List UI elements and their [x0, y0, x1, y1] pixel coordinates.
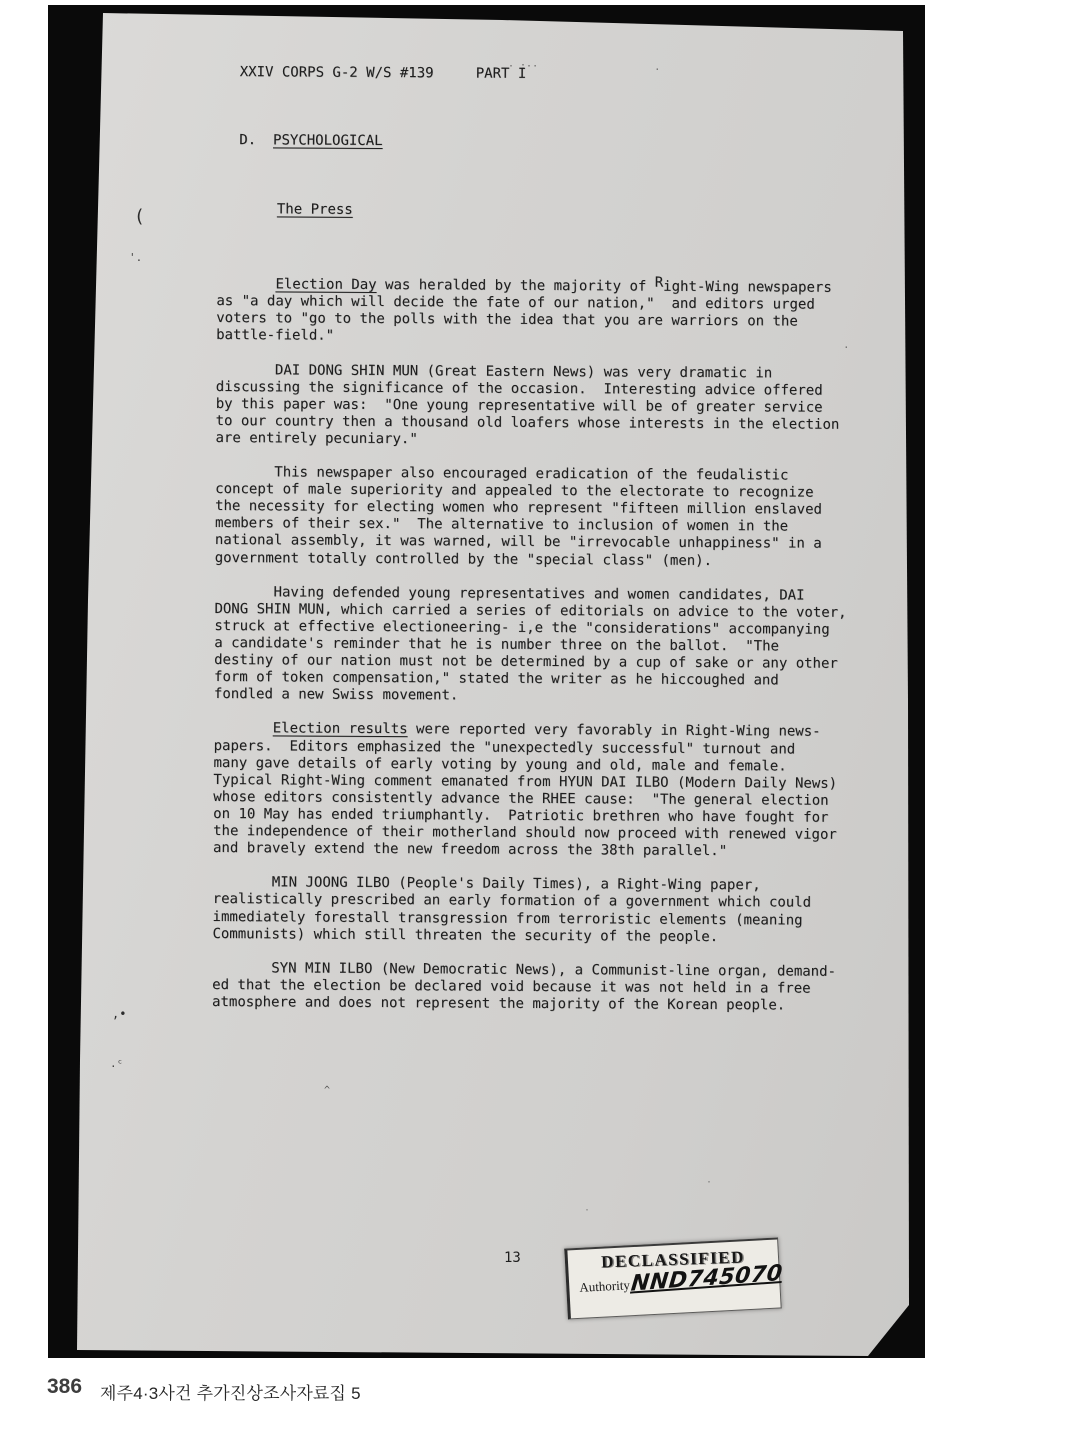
book-footer: 386 제주4·3사건 추가진상조사자료집 5: [0, 1372, 1080, 1412]
typed-text: were reported very favorably in Right-Wi…: [408, 722, 821, 741]
typed-text: battle-field.": [216, 327, 334, 344]
typed-text: form of token compensation," stated the …: [214, 669, 779, 688]
section-heading: D. PSYCHOLOGICAL: [239, 133, 877, 154]
document-page-number: 13: [504, 1250, 521, 1266]
typed-text: fondled a new Swiss movement.: [214, 686, 459, 703]
typed-text: are entirely pecuniary.": [215, 430, 417, 447]
typed-text: papers. Editors emphasized the "unexpect…: [214, 738, 796, 758]
scan-artifact: ·: [706, 1178, 712, 1188]
paragraph: This newspaper also encouraged eradicati…: [215, 464, 876, 571]
paragraph: SYN MIN ILBO (New Democratic News), a Co…: [212, 960, 872, 1015]
typed-text: Communists) which still threaten the sec…: [212, 926, 718, 945]
typed-text: Election Day: [275, 276, 376, 293]
scan-artifact: ·: [654, 64, 661, 75]
document-header: XXIV CORPS G-2 W/S #139 PART I: [240, 64, 878, 85]
section-label: D.: [239, 133, 273, 149]
paragraph: Election results were reported very favo…: [213, 720, 874, 861]
scan-artifact: · :··: [508, 62, 538, 72]
scan-artifact: ^: [324, 1086, 330, 1096]
paragraph: MIN JOONG ILBO (People's Daily Times), a…: [212, 874, 872, 946]
scan-artifact: ·: [584, 1206, 590, 1216]
book-caption: 제주4·3사건 추가진상조사자료집 5: [100, 1379, 361, 1404]
typed-text: DAI DONG SHIN MUN (Great Eastern News) w…: [216, 361, 772, 380]
typed-text: a candidate's reminder that he is number…: [214, 635, 779, 654]
header-text: XXIV CORPS G-2 W/S #139 PART I: [240, 64, 527, 82]
scan-artifact: ,•: [112, 1008, 126, 1020]
typed-text: [214, 720, 273, 736]
typed-line: atmosphere and does not represent the ma…: [212, 994, 872, 1015]
subsection-heading: The Press: [277, 201, 877, 222]
paragraph: Having defended young representatives an…: [214, 584, 875, 708]
typed-text: voters to "go to the polls with the idea…: [216, 310, 798, 330]
typed-text: was heralded by the majority of: [377, 277, 655, 295]
typed-text: atmosphere and does not represent the ma…: [212, 994, 785, 1014]
typed-text: Election results: [273, 721, 408, 738]
typed-line: battle-field.": [216, 327, 876, 348]
scan-artifact: '.: [129, 252, 142, 263]
typed-text: many gave details of early voting by you…: [213, 755, 786, 775]
typed-text: [216, 276, 275, 292]
typed-line: fondled a new Swiss movement.: [214, 686, 874, 707]
declassified-stamp: DECLASSIFIED AuthorityNND745070: [564, 1237, 781, 1319]
stamp-authority-label: Authority: [579, 1277, 630, 1295]
paragraph: DAI DONG SHIN MUN (Great Eastern News) w…: [215, 361, 876, 450]
document-paper: XXIV CORPS G-2 W/S #139 PART I D. PSYCHO…: [72, 10, 912, 1360]
typed-text: and bravely extend the new freedom acros…: [213, 840, 727, 859]
subsection-title: The Press: [277, 201, 353, 217]
typed-text: government totally controlled by the "sp…: [215, 550, 712, 569]
scan-artifact: (: [134, 208, 145, 226]
typewritten-content: XXIV CORPS G-2 W/S #139 PART I D. PSYCHO…: [212, 30, 878, 1066]
typed-text: This newspaper also encouraged eradicati…: [215, 464, 788, 484]
typed-text: MIN JOONG ILBO (People's Daily Times), a…: [213, 874, 761, 893]
book-page-number: 386: [47, 1375, 82, 1399]
paragraphs: Election Day was heralded by the majorit…: [212, 276, 876, 1015]
scan-background: XXIV CORPS G-2 W/S #139 PART I D. PSYCHO…: [48, 5, 925, 1358]
typed-text: R: [655, 275, 664, 291]
scan-artifact: ·: [843, 342, 850, 353]
typed-text: members of their sex." The alternative t…: [215, 515, 788, 535]
section-title: PSYCHOLOGICAL: [273, 133, 383, 150]
typed-text: ight-Wing newspapers: [663, 279, 832, 296]
paragraph: Election Day was heralded by the majorit…: [216, 276, 876, 348]
scan-artifact: .ᶜ: [110, 1058, 123, 1069]
